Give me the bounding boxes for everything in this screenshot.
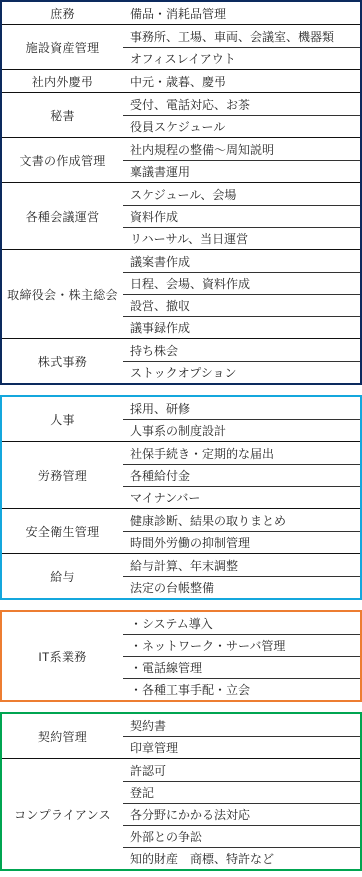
job-category-tables: 庶務備品・消耗品管理施設資産管理事務所、工場、車両、会議室、機器類オフィスレイア… bbox=[0, 0, 362, 871]
detail-item: 議案書作成 bbox=[123, 250, 360, 272]
detail-item: 許認可 bbox=[123, 759, 360, 781]
detail-item: リハーサル、当日運営 bbox=[123, 227, 360, 249]
detail-item: スケジュール、会場 bbox=[123, 183, 360, 205]
detail-item: 役員スケジュール bbox=[123, 115, 360, 137]
detail-item: 社保手続き・定期的な届出 bbox=[123, 442, 360, 464]
category-label: 文書の作成管理 bbox=[2, 138, 123, 182]
detail-item: 人事系の制度設計 bbox=[123, 419, 360, 441]
detail-item: 給与計算、年末調整 bbox=[123, 554, 360, 576]
category-label: 安全衛生管理 bbox=[2, 509, 123, 553]
category-label: 人事 bbox=[2, 397, 123, 441]
category-label: 労務管理 bbox=[2, 442, 123, 508]
detail-item: 議事録作成 bbox=[123, 316, 360, 338]
detail-item: 社内規程の整備～周知説明 bbox=[123, 138, 360, 160]
detail-item: 登記 bbox=[123, 781, 360, 803]
category-label: 社内外慶弔 bbox=[2, 70, 123, 92]
category-group: 給与給与計算、年末調整法定の台帳整備 bbox=[2, 553, 360, 598]
category-group: コンプライアンス許認可登記各分野にかかる法対応外部との争訟知的財産 商標、特許な… bbox=[2, 758, 360, 869]
category-group: 安全衛生管理健康診断、結果の取りまとめ時間外労働の抑制管理 bbox=[2, 508, 360, 553]
table-soumu: 庶務備品・消耗品管理施設資産管理事務所、工場、車両、会議室、機器類オフィスレイア… bbox=[0, 0, 362, 385]
category-label: 秘書 bbox=[2, 93, 123, 137]
detail-item: 事務所、工場、車両、会議室、機器類 bbox=[123, 25, 360, 47]
detail-item: 日程、会場、資料作成 bbox=[123, 272, 360, 294]
detail-item: マイナンバー bbox=[123, 486, 360, 508]
detail-list: 社保手続き・定期的な届出各種給付金マイナンバー bbox=[123, 442, 360, 508]
detail-item: ・システム導入 bbox=[123, 612, 360, 634]
category-group: 取締役会・株主総会議案書作成日程、会場、資料作成設営、撤収議事録作成 bbox=[2, 249, 360, 338]
detail-item: 外部との争訟 bbox=[123, 825, 360, 847]
detail-item: 各分野にかかる法対応 bbox=[123, 803, 360, 825]
detail-item: 契約書 bbox=[123, 714, 360, 736]
category-label: 契約管理 bbox=[2, 714, 123, 758]
category-group: 労務管理社保手続き・定期的な届出各種給付金マイナンバー bbox=[2, 441, 360, 508]
detail-item: 稟議書運用 bbox=[123, 160, 360, 182]
category-group: 文書の作成管理社内規程の整備～周知説明稟議書運用 bbox=[2, 137, 360, 182]
category-group: 社内外慶弔中元・歳暮、慶弔 bbox=[2, 69, 360, 92]
detail-list: スケジュール、会場資料作成リハーサル、当日運営 bbox=[123, 183, 360, 249]
detail-item: 中元・歳暮、慶弔 bbox=[123, 70, 360, 92]
detail-item: 健康診断、結果の取りまとめ bbox=[123, 509, 360, 531]
detail-item: 持ち株会 bbox=[123, 339, 360, 361]
detail-list: 健康診断、結果の取りまとめ時間外労働の抑制管理 bbox=[123, 509, 360, 553]
category-group: 庶務備品・消耗品管理 bbox=[2, 2, 360, 24]
detail-list: 備品・消耗品管理 bbox=[123, 2, 360, 24]
category-label: IT系業務 bbox=[2, 612, 123, 700]
detail-item: 設営、撤収 bbox=[123, 294, 360, 316]
detail-item: 時間外労働の抑制管理 bbox=[123, 531, 360, 553]
detail-item: ・ネットワーク・サーバ管理 bbox=[123, 634, 360, 656]
category-label: 給与 bbox=[2, 554, 123, 598]
category-group: 秘書受付、電話対応、お茶役員スケジュール bbox=[2, 92, 360, 137]
category-label: コンプライアンス bbox=[2, 759, 123, 869]
detail-item: 印章管理 bbox=[123, 736, 360, 758]
category-group: 施設資産管理事務所、工場、車両、会議室、機器類オフィスレイアウト bbox=[2, 24, 360, 69]
detail-list: 契約書印章管理 bbox=[123, 714, 360, 758]
category-label: 庶務 bbox=[2, 2, 123, 24]
table-jinji-roumu: 人事採用、研修人事系の制度設計労務管理社保手続き・定期的な届出各種給付金マイナン… bbox=[0, 395, 362, 600]
detail-item: 受付、電話対応、お茶 bbox=[123, 93, 360, 115]
detail-list: 許認可登記各分野にかかる法対応外部との争訟知的財産 商標、特許など bbox=[123, 759, 360, 869]
category-label: 取締役会・株主総会 bbox=[2, 250, 123, 338]
category-label: 株式事務 bbox=[2, 339, 123, 383]
detail-list: 持ち株会ストックオプション bbox=[123, 339, 360, 383]
detail-list: 受付、電話対応、お茶役員スケジュール bbox=[123, 93, 360, 137]
detail-item: 備品・消耗品管理 bbox=[123, 2, 360, 24]
detail-item: 各種給付金 bbox=[123, 464, 360, 486]
category-group: 各種会議運営スケジュール、会場資料作成リハーサル、当日運営 bbox=[2, 182, 360, 249]
category-group: 人事採用、研修人事系の制度設計 bbox=[2, 397, 360, 441]
detail-list: 採用、研修人事系の制度設計 bbox=[123, 397, 360, 441]
detail-list: 給与計算、年末調整法定の台帳整備 bbox=[123, 554, 360, 598]
detail-list: ・システム導入・ネットワーク・サーバ管理・電話線管理・各種工事手配・立会 bbox=[123, 612, 360, 700]
detail-item: ・電話線管理 bbox=[123, 656, 360, 678]
detail-item: 法定の台帳整備 bbox=[123, 576, 360, 598]
category-label: 施設資産管理 bbox=[2, 25, 123, 69]
category-group: IT系業務・システム導入・ネットワーク・サーバ管理・電話線管理・各種工事手配・立… bbox=[2, 612, 360, 700]
detail-item: 採用、研修 bbox=[123, 397, 360, 419]
detail-item: 知的財産 商標、特許など bbox=[123, 847, 360, 869]
detail-item: 資料作成 bbox=[123, 205, 360, 227]
detail-item: オフィスレイアウト bbox=[123, 47, 360, 69]
table-houmu: 契約管理契約書印章管理コンプライアンス許認可登記各分野にかかる法対応外部との争訟… bbox=[0, 712, 362, 871]
detail-list: 事務所、工場、車両、会議室、機器類オフィスレイアウト bbox=[123, 25, 360, 69]
detail-list: 中元・歳暮、慶弔 bbox=[123, 70, 360, 92]
detail-item: ・各種工事手配・立会 bbox=[123, 678, 360, 700]
category-group: 株式事務持ち株会ストックオプション bbox=[2, 338, 360, 383]
detail-list: 社内規程の整備～周知説明稟議書運用 bbox=[123, 138, 360, 182]
category-label: 各種会議運営 bbox=[2, 183, 123, 249]
category-group: 契約管理契約書印章管理 bbox=[2, 714, 360, 758]
detail-item: ストックオプション bbox=[123, 361, 360, 383]
detail-list: 議案書作成日程、会場、資料作成設営、撤収議事録作成 bbox=[123, 250, 360, 338]
table-it: IT系業務・システム導入・ネットワーク・サーバ管理・電話線管理・各種工事手配・立… bbox=[0, 610, 362, 702]
